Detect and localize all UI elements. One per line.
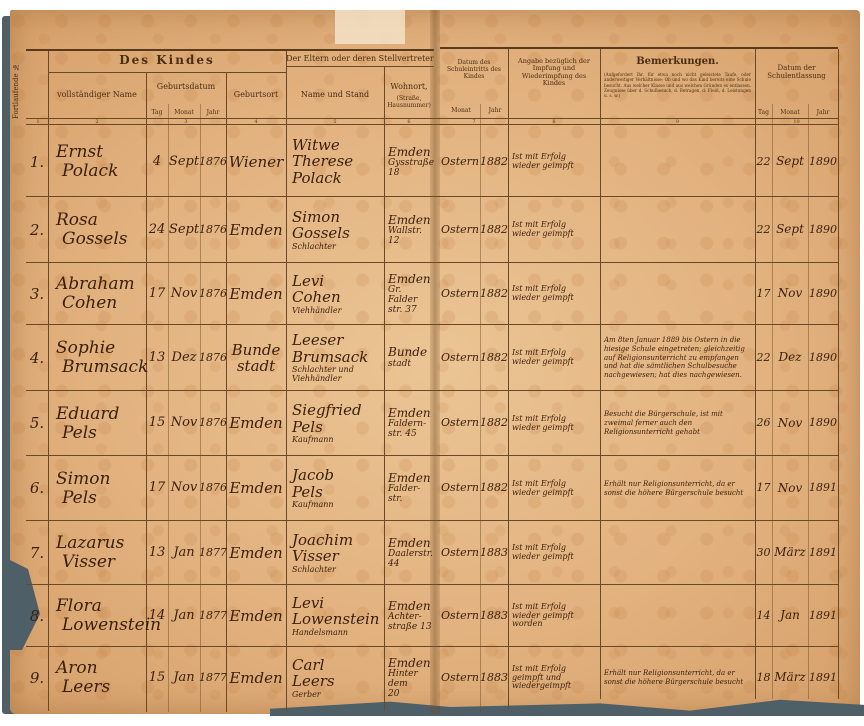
birth-month: Sept xyxy=(168,128,200,196)
child-name: Sophie Brumsack xyxy=(56,325,146,391)
leaving-day: 22 xyxy=(755,197,772,263)
leaving-year: 1890 xyxy=(808,391,838,456)
entry-year-text: 1882 xyxy=(480,352,508,364)
child-last-name: Lowenstein xyxy=(56,616,146,635)
entry-month: Ostern xyxy=(440,128,480,196)
parent-line-1: Levi xyxy=(292,595,384,612)
leaving-year: 1890 xyxy=(808,263,838,325)
birth-place: Bunde stadt xyxy=(226,325,286,391)
header-remarks-note: (Aufgefordert Ihr, für etwa noch nicht g… xyxy=(604,72,751,98)
residence: Emden Hinter dem 20 xyxy=(388,647,432,709)
row-number-text: 3. xyxy=(30,286,44,303)
remark xyxy=(604,197,752,263)
leaving-day-text: 22 xyxy=(757,352,771,364)
leaving-day-text: 22 xyxy=(757,156,771,168)
header-leaving-day: Tag xyxy=(755,110,772,117)
birth-place: Emden xyxy=(226,263,286,325)
child-name: Simon Pels xyxy=(56,456,146,521)
residence-line-2: stadt xyxy=(388,360,432,370)
parent-line-2: Brumsack xyxy=(292,349,384,366)
top-rule-right xyxy=(440,47,838,49)
birth-place-text: Emden xyxy=(229,222,282,239)
leaving-year-text: 1890 xyxy=(809,288,837,300)
row-number-text: 2. xyxy=(30,222,44,239)
parent: Levi Lowenstein Handelsmann xyxy=(292,585,384,647)
vaccination: Ist mit Erfolg wieder geimpft xyxy=(512,325,596,391)
vaccination: Ist mit Erfolg wieder geimpft xyxy=(512,456,596,521)
parent-line-2: Leers xyxy=(292,673,384,690)
leaving-month: Dez xyxy=(772,325,808,391)
child-name: Eduard Pels xyxy=(56,391,146,456)
residence: Emden Gr. Falder str. 37 xyxy=(388,263,432,325)
entry-year: 1883 xyxy=(480,647,508,709)
vaccination-text: Ist mit Erfolg wieder geimpft xyxy=(512,480,596,498)
remark: Erhält nur Religionsunterricht, da er so… xyxy=(604,647,752,709)
entry-month: Ostern xyxy=(440,456,480,521)
leaving-day-text: 17 xyxy=(757,288,771,300)
leaving-month: Jan xyxy=(772,585,808,647)
vaccination: Ist mit Erfolg wieder geimpft xyxy=(512,391,596,456)
birth-month: Sept xyxy=(168,197,200,263)
vaccination: Ist mit Erfolg wieder geimpft xyxy=(512,521,596,585)
child-first-name: Lazarus xyxy=(56,534,146,553)
column-number: 2 xyxy=(48,119,146,125)
column-number: 10 xyxy=(755,119,838,125)
child-first-name: Abraham xyxy=(56,275,146,294)
leaving-month-text: Jan xyxy=(780,609,800,622)
birth-day-text: 14 xyxy=(149,609,166,623)
vaccination-text: Ist mit Erfolg wieder geimpft xyxy=(512,285,596,303)
residence-line-1: Emden xyxy=(388,600,432,613)
birth-place-text: Emden xyxy=(229,608,282,625)
birth-day: 17 xyxy=(146,263,168,325)
birth-place-text: Emden xyxy=(229,670,282,687)
birth-year: 1876 xyxy=(200,456,226,521)
entry-month-text: Ostern xyxy=(441,610,479,622)
parent-occupation: Handelsmann xyxy=(292,629,384,638)
child-last-name: Pels xyxy=(56,489,146,508)
vaccination-text: Ist mit Erfolg wieder geimpft xyxy=(512,221,596,239)
birth-month-text: Nov xyxy=(171,287,198,301)
leaving-day: 26 xyxy=(755,391,772,456)
vaccination: Ist mit Erfolg wieder geimpft xyxy=(512,263,596,325)
birth-year: 1877 xyxy=(200,647,226,709)
entry-year: 1882 xyxy=(480,325,508,391)
vaccination: Ist mit Erfolg geimpft und wiedergeimpft xyxy=(512,647,596,709)
leaving-year: 1891 xyxy=(808,647,838,709)
parent-line-2: Visser xyxy=(292,548,384,565)
parent-occupation: Kaufmann xyxy=(292,501,384,510)
birth-year: 1876 xyxy=(200,325,226,391)
residence-line-2: Gr. Falder xyxy=(388,286,432,306)
birth-year: 1876 xyxy=(200,391,226,456)
birth-day: 13 xyxy=(146,521,168,585)
remark: Besucht die Bürgerschule, ist mit zweima… xyxy=(604,391,752,456)
leaving-year-text: 1891 xyxy=(809,672,837,684)
header-vaccination: Angabe bezüglich der Impfung und Wiederi… xyxy=(510,58,598,88)
parent-line-1: Simon xyxy=(292,209,384,226)
leaving-day-text: 30 xyxy=(757,547,771,559)
header-remarks: Bemerkungen. xyxy=(600,56,755,68)
parent-line-1: Witwe xyxy=(292,137,384,154)
row-number: 8. xyxy=(26,585,48,647)
birth-year-text: 1876 xyxy=(199,417,227,429)
entry-year: 1882 xyxy=(480,197,508,263)
leaving-month-text: Nov xyxy=(778,417,803,430)
birth-month-text: Jan xyxy=(173,609,194,623)
child-name: Rosa Gossels xyxy=(56,197,146,263)
birth-day: 17 xyxy=(146,456,168,521)
grid-line xyxy=(384,66,385,711)
birth-month: Dez xyxy=(168,325,200,391)
leaving-year: 1891 xyxy=(808,456,838,521)
leaving-month: Sept xyxy=(772,128,808,196)
row-number-text: 8. xyxy=(30,608,44,625)
birth-day: 24 xyxy=(146,197,168,263)
grid-line xyxy=(600,49,601,699)
leaving-month-text: Sept xyxy=(776,155,804,168)
leaving-day: 14 xyxy=(755,585,772,647)
residence: Bunde stadt xyxy=(388,325,432,391)
column-number: 5 xyxy=(286,119,384,125)
leaving-day-text: 18 xyxy=(757,672,771,684)
leaving-year-text: 1890 xyxy=(809,224,837,236)
parent: Leeser Brumsack Schlachter und Viehhändl… xyxy=(292,325,384,391)
child-name: Flora Lowenstein xyxy=(56,585,146,647)
birth-year: 1877 xyxy=(200,585,226,647)
header-child-group: Des Kindes xyxy=(48,54,286,68)
row-number: 9. xyxy=(26,647,48,709)
birth-place-text: Emden xyxy=(229,480,282,497)
entry-year: 1883 xyxy=(480,521,508,585)
remark: Erhält nur Religionsunterricht, da er so… xyxy=(604,456,752,521)
birth-year: 1877 xyxy=(200,521,226,585)
residence: Emden Daalerstr. 44 xyxy=(388,521,432,585)
leaving-year: 1890 xyxy=(808,325,838,391)
row-number: 2. xyxy=(26,197,48,263)
leaving-day-text: 22 xyxy=(757,224,771,236)
child-name: Lazarus Visser xyxy=(56,521,146,585)
repair-tape xyxy=(335,10,405,44)
parent-line-2: Pels xyxy=(292,419,384,436)
entry-year-text: 1882 xyxy=(480,288,508,300)
birth-place: Emden xyxy=(226,197,286,263)
leaving-year: 1890 xyxy=(808,197,838,263)
vaccination-text: Ist mit Erfolg wieder geimpft worden xyxy=(512,603,596,629)
header-leaving-year: Jahr xyxy=(808,110,838,117)
entry-month-text: Ostern xyxy=(441,417,479,429)
leaving-year-text: 1891 xyxy=(809,482,837,494)
row-number: 6. xyxy=(26,456,48,521)
vaccination-text: Ist mit Erfolg wieder geimpft xyxy=(512,544,596,562)
row-number: 1. xyxy=(26,128,48,196)
residence-line-1: Emden xyxy=(388,537,432,550)
leaving-day: 17 xyxy=(755,263,772,325)
parent-occupation: Schlachter und Viehhändler xyxy=(292,366,384,384)
entry-year: 1882 xyxy=(480,263,508,325)
column-number: 4 xyxy=(226,119,286,125)
birth-place-text: Emden xyxy=(229,286,282,303)
entry-month: Ostern xyxy=(440,325,480,391)
vaccination-text: Ist mit Erfolg wieder geimpft xyxy=(512,153,596,171)
leaving-day-text: 26 xyxy=(757,417,771,429)
remark xyxy=(604,263,752,325)
residence-line-3: str. 45 xyxy=(388,430,432,440)
remark: Am 8ten Januar 1889 bis Ostern in die hi… xyxy=(604,325,752,391)
header-leaving-month: Monat xyxy=(772,110,808,117)
column-number: 3 xyxy=(146,119,226,125)
birth-day: 14 xyxy=(146,585,168,647)
residence-line-3: straße 13 xyxy=(388,623,432,633)
birth-day: 13 xyxy=(146,325,168,391)
entry-year: 1882 xyxy=(480,128,508,196)
birth-year-text: 1876 xyxy=(199,352,227,364)
header-residence: Wohnort, xyxy=(384,82,434,91)
birth-month: Nov xyxy=(168,391,200,456)
grid-line xyxy=(838,49,839,699)
parent: Simon Gossels Schlachter xyxy=(292,197,384,263)
remark xyxy=(604,128,752,196)
leaving-year-text: 1890 xyxy=(809,156,837,168)
vaccination-text: Ist mit Erfolg geimpft und wiedergeimpft xyxy=(512,665,596,691)
residence-line-3: str. 37 xyxy=(388,306,432,316)
header-number: Fortlaufende № xyxy=(12,60,26,122)
leaving-month-text: März xyxy=(774,671,806,684)
child-first-name: Sophie xyxy=(56,339,146,358)
column-number: 9 xyxy=(600,119,755,125)
row-number-text: 1. xyxy=(30,154,44,171)
entry-month-text: Ostern xyxy=(441,224,479,236)
row-number: 3. xyxy=(26,263,48,325)
child-last-name: Brumsack xyxy=(56,358,146,377)
vaccination-text: Ist mit Erfolg wieder geimpft xyxy=(512,415,596,433)
birth-day-text: 13 xyxy=(149,546,166,560)
leaving-day: 22 xyxy=(755,128,772,196)
row-number-text: 7. xyxy=(30,545,44,562)
birth-place-text: Bunde stadt xyxy=(226,342,286,375)
leaving-month-text: Dez xyxy=(778,351,801,364)
parent: Carl Leers Gerber xyxy=(292,647,384,709)
header-leaving-date: Datum der Schulentlassung xyxy=(755,64,838,80)
parent: Witwe Therese Polack xyxy=(292,128,384,196)
header-entry-year: Jahr xyxy=(482,108,508,115)
entry-month: Ostern xyxy=(440,521,480,585)
grid-line xyxy=(286,51,287,711)
parent-line-1: Joachim xyxy=(292,532,384,549)
child-last-name: Polack xyxy=(56,162,146,181)
entry-year-text: 1882 xyxy=(480,224,508,236)
birth-month: Jan xyxy=(168,521,200,585)
remark-text: Am 8ten Januar 1889 bis Ostern in die hi… xyxy=(604,336,752,380)
entry-month-text: Ostern xyxy=(441,352,479,364)
parent-line-2: Therese xyxy=(292,153,384,170)
birth-day: 15 xyxy=(146,647,168,709)
remark xyxy=(604,585,752,647)
leaving-month: März xyxy=(772,647,808,709)
entry-year-text: 1882 xyxy=(480,156,508,168)
remark-text: Erhält nur Religionsunterricht, da er so… xyxy=(604,669,752,687)
birth-place: Emden xyxy=(226,585,286,647)
parent-occupation: Kaufmann xyxy=(292,436,384,445)
birth-month-text: Jan xyxy=(173,546,194,560)
residence: Emden Achter- straße 13 xyxy=(388,585,432,647)
residence-line-3: 18 xyxy=(388,169,432,179)
residence-line-3: str. xyxy=(388,495,432,505)
child-name: Abraham Cohen xyxy=(56,263,146,325)
parent: Jacob Pels Kaufmann xyxy=(292,456,384,521)
child-first-name: Flora xyxy=(56,597,146,616)
leaving-year: 1891 xyxy=(808,521,838,585)
row-number: 5. xyxy=(26,391,48,456)
parent-line-1: Carl xyxy=(292,657,384,674)
birth-day-text: 15 xyxy=(149,671,166,685)
remark-text: Besucht die Bürgerschule, ist mit zweima… xyxy=(604,410,752,436)
parent: Joachim Visser Schlachter xyxy=(292,521,384,585)
grid-line xyxy=(508,49,509,709)
entry-month-text: Ostern xyxy=(441,288,479,300)
birth-year: 1876 xyxy=(200,128,226,196)
child-first-name: Ernst xyxy=(56,143,146,162)
residence-line-1: Emden xyxy=(388,214,432,227)
birth-day-text: 24 xyxy=(149,223,166,237)
entry-month-text: Ostern xyxy=(441,482,479,494)
header-parents-group: Der Eltern oder deren Stellvertreter xyxy=(286,54,434,63)
leaving-year: 1890 xyxy=(808,128,838,196)
birth-year-text: 1877 xyxy=(199,672,227,684)
birth-year-text: 1877 xyxy=(199,610,227,622)
leaving-year-text: 1890 xyxy=(809,352,837,364)
child-last-name: Pels xyxy=(56,424,146,443)
parent-line-1: Siegfried xyxy=(292,402,384,419)
child-first-name: Eduard xyxy=(56,405,146,424)
residence: Emden Faldern- str. 45 xyxy=(388,391,432,456)
residence-line-3: 44 xyxy=(388,560,432,570)
residence-line-3: 20 xyxy=(388,690,432,700)
birth-day: 4 xyxy=(146,128,168,196)
residence: Emden Gysstraße 18 xyxy=(388,128,432,196)
row-number-text: 9. xyxy=(30,670,44,687)
leaving-month-text: Nov xyxy=(778,287,803,300)
birth-day-text: 13 xyxy=(149,351,166,365)
birth-year-text: 1876 xyxy=(199,224,227,236)
vaccination: Ist mit Erfolg wieder geimpft xyxy=(512,197,596,263)
row-number-text: 4. xyxy=(30,350,44,367)
child-name: Aron Leers xyxy=(56,647,146,709)
parent-line-2: Pels xyxy=(292,484,384,501)
birth-year-text: 1877 xyxy=(199,547,227,559)
birth-year: 1876 xyxy=(200,197,226,263)
birth-year: 1876 xyxy=(200,263,226,325)
leaving-day-text: 17 xyxy=(757,482,771,494)
birth-year-text: 1876 xyxy=(199,288,227,300)
leaving-month-text: Nov xyxy=(778,482,803,495)
row-number: 4. xyxy=(26,325,48,391)
header-birth-year: Jahr xyxy=(200,110,226,117)
entry-month: Ostern xyxy=(440,197,480,263)
birth-place-text: Wiener xyxy=(229,154,284,171)
parent-occupation: Schlachter xyxy=(292,243,384,252)
child-name: Ernst Polack xyxy=(56,128,146,196)
birth-year-text: 1876 xyxy=(199,482,227,494)
entry-year: 1883 xyxy=(480,585,508,647)
entry-year-text: 1882 xyxy=(480,482,508,494)
leaving-month-text: Sept xyxy=(776,223,804,236)
entry-year-text: 1883 xyxy=(480,547,508,559)
entry-month: Ostern xyxy=(440,391,480,456)
birth-month-text: Nov xyxy=(171,481,198,495)
parent-occupation: Gerber xyxy=(292,691,384,700)
birth-place-text: Emden xyxy=(229,415,282,432)
parent-line-2: Lowenstein xyxy=(292,611,384,628)
residence-line-1: Emden xyxy=(388,273,432,286)
parent-occupation: Viehhändler xyxy=(292,307,384,316)
birth-place: Wiener xyxy=(226,128,286,196)
entry-year: 1882 xyxy=(480,391,508,456)
header-parent-name: Name und Stand xyxy=(286,90,384,99)
entry-year-text: 1883 xyxy=(480,672,508,684)
birth-month-text: Sept xyxy=(169,155,199,169)
entry-month: Ostern xyxy=(440,647,480,709)
child-group-divider xyxy=(48,72,286,73)
leaving-day: 18 xyxy=(755,647,772,709)
remark-text: Erhält nur Religionsunterricht, da er so… xyxy=(604,480,752,498)
parent-line-1: Leeser xyxy=(292,332,384,349)
header-entry-month: Monat xyxy=(440,108,482,115)
birth-year-text: 1876 xyxy=(199,156,227,168)
parent-line-2: Cohen xyxy=(292,289,384,306)
header-entry-date: Datum des Schuleintritts des Kindes xyxy=(440,60,508,81)
child-first-name: Aron xyxy=(56,659,146,678)
birth-month: Jan xyxy=(168,585,200,647)
entry-month-text: Ostern xyxy=(441,547,479,559)
residence: Emden Wallstr. 12 xyxy=(388,197,432,263)
leaving-month: März xyxy=(772,521,808,585)
birth-day-text: 17 xyxy=(149,481,166,495)
top-rule-left xyxy=(26,49,434,51)
birth-place: Emden xyxy=(226,391,286,456)
child-last-name: Cohen xyxy=(56,294,146,313)
remark xyxy=(604,521,752,585)
birth-day-text: 15 xyxy=(149,416,166,430)
parent-line-3: Polack xyxy=(292,170,384,187)
child-last-name: Gossels xyxy=(56,230,146,249)
entry-year: 1882 xyxy=(480,456,508,521)
birth-place-text: Emden xyxy=(229,545,282,562)
entry-year-text: 1882 xyxy=(480,417,508,429)
vaccination-text: Ist mit Erfolg wieder geimpft xyxy=(512,349,596,367)
parent-line-2: Gossels xyxy=(292,225,384,242)
leaving-month-text: März xyxy=(774,546,806,559)
residence-line-1: Emden xyxy=(388,657,432,670)
column-number: 1 xyxy=(28,119,48,125)
birth-month-text: Nov xyxy=(171,416,198,430)
birth-month: Nov xyxy=(168,263,200,325)
leaving-year-text: 1891 xyxy=(809,610,837,622)
birth-month-text: Sept xyxy=(169,223,199,237)
row-number-text: 6. xyxy=(30,480,44,497)
leaving-month: Nov xyxy=(772,263,808,325)
leaving-day-text: 14 xyxy=(757,610,771,622)
birth-place: Emden xyxy=(226,521,286,585)
birth-month-text: Dez xyxy=(172,351,197,365)
birth-day-text: 4 xyxy=(153,155,161,169)
header-full-name: vollständiger Name xyxy=(48,90,146,99)
leaving-day: 17 xyxy=(755,456,772,521)
leaving-day: 30 xyxy=(755,521,772,585)
entry-month-text: Ostern xyxy=(441,156,479,168)
vaccination: Ist mit Erfolg wieder geimpft worden xyxy=(512,585,596,647)
parent-occupation: Schlachter xyxy=(292,566,384,575)
